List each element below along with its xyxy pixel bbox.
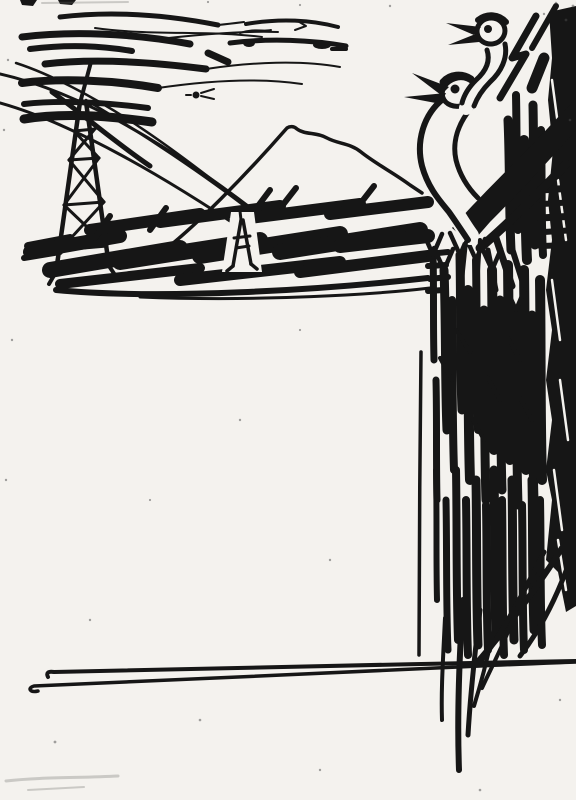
eye [451, 85, 460, 94]
beak [404, 93, 446, 104]
sky-cloud-strokes [20, 0, 346, 166]
sketch-canvas: Cranes in the reeds — ink sketch [0, 0, 576, 800]
beak [448, 33, 479, 45]
ink-sketch-page: Cranes in the reeds — ink sketch [0, 0, 576, 800]
horizon-lines [30, 661, 576, 691]
eye [484, 25, 492, 33]
